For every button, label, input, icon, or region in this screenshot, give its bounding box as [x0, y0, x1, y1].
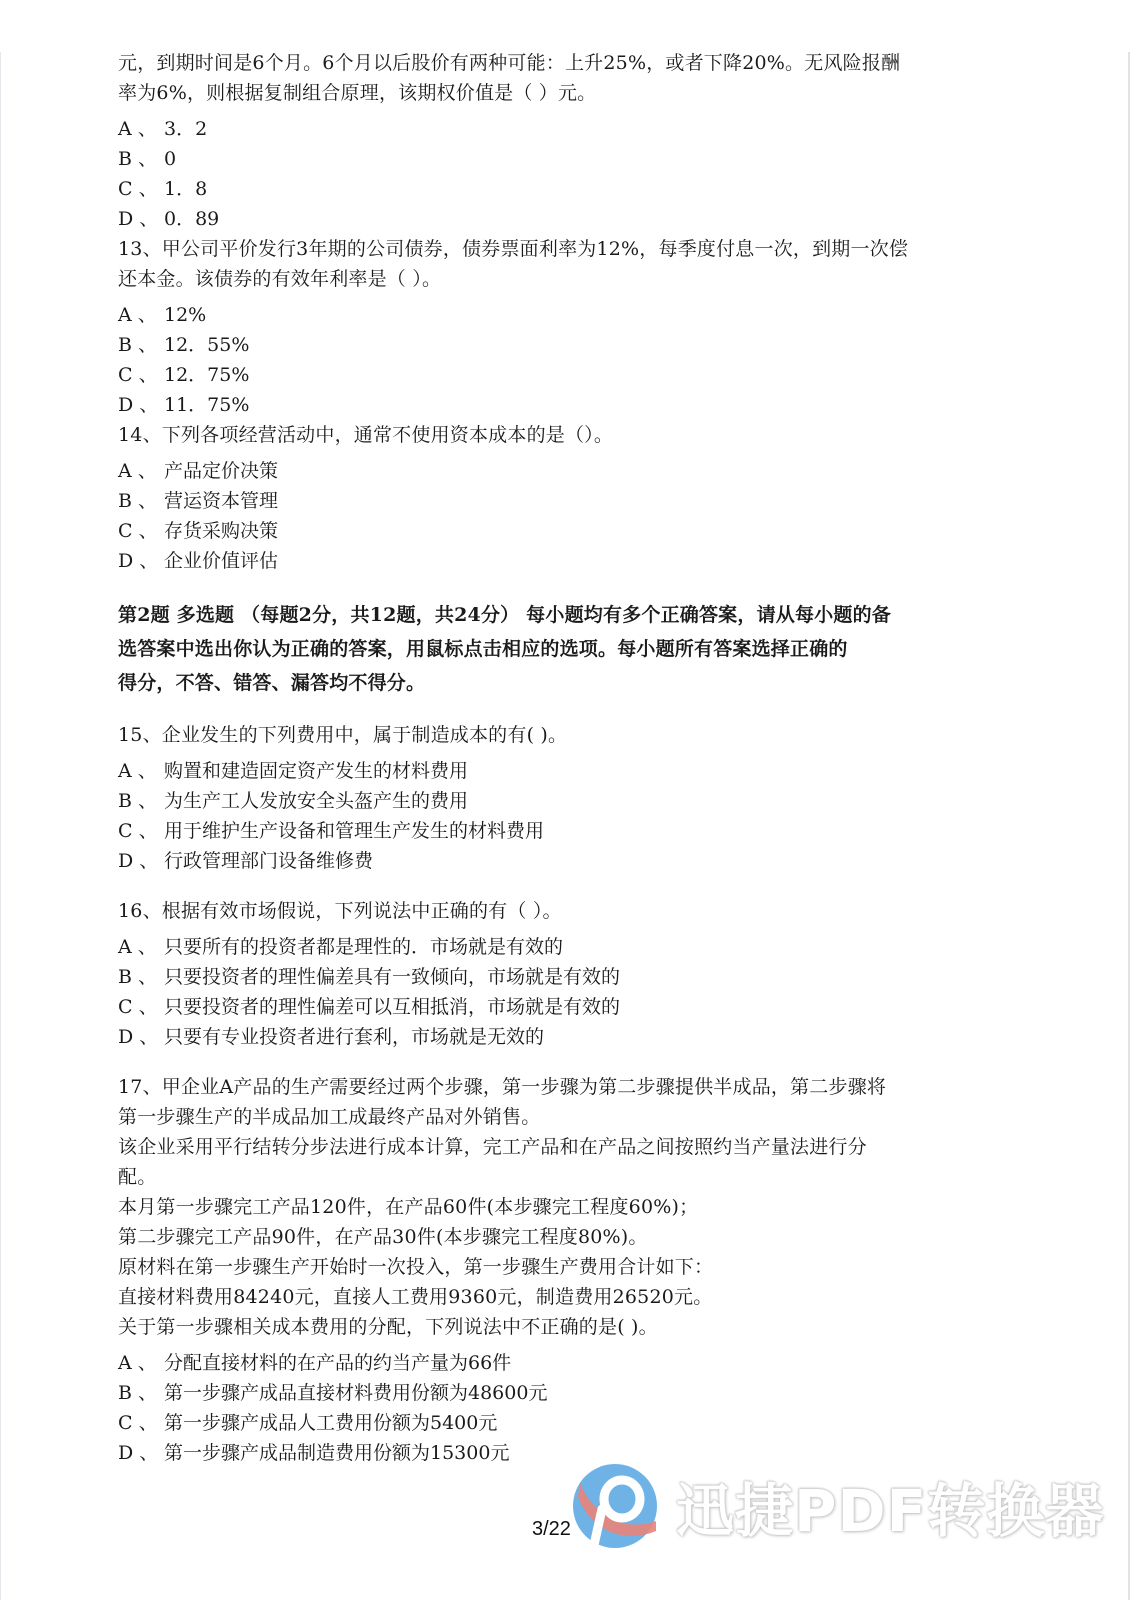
option-letter: C 、 — [118, 1408, 164, 1438]
option-d[interactable]: D 、企业价值评估 — [118, 546, 998, 576]
stem-line: 元，到期时间是6个月。6个月以后股价有两种可能：上升25%，或者下降20%。无风… — [118, 48, 998, 78]
option-d[interactable]: D 、0．89 — [118, 204, 998, 234]
option-letter: D 、 — [118, 846, 164, 876]
stem-line: 15、企业发生的下列费用中，属于制造成本的有( )。 — [118, 720, 998, 750]
option-b[interactable]: B 、0 — [118, 144, 998, 174]
option-text: 12．75% — [164, 360, 249, 390]
option-letter: C 、 — [118, 360, 164, 390]
page-edge-left — [0, 52, 1, 1600]
option-b[interactable]: B 、只要投资者的理性偏差具有一致倾向，市场就是有效的 — [118, 962, 998, 992]
option-letter: A 、 — [118, 932, 164, 962]
stem-line: 本月第一步骤完工产品120件，在产品60件(本步骤完工程度60%)； — [118, 1192, 998, 1222]
option-text: 第一步骤产成品直接材料费用份额为48600元 — [164, 1378, 547, 1408]
option-a[interactable]: A 、分配直接材料的在产品的约当产量为66件 — [118, 1348, 998, 1378]
option-text: 0．89 — [164, 204, 219, 234]
stem-line: 直接材料费用84240元，直接人工费用9360元，制造费用26520元。 — [118, 1282, 998, 1312]
option-letter: A 、 — [118, 300, 164, 330]
question-13: 13、甲公司平价发行3年期的公司债券，债券票面利率为12%，每季度付息一次，到期… — [118, 234, 998, 420]
question-stem: 13、甲公司平价发行3年期的公司债券，债券票面利率为12%，每季度付息一次，到期… — [118, 234, 998, 294]
question-14: 14、下列各项经营活动中，通常不使用资本成本的是（）。 A 、产品定价决策 B … — [118, 420, 998, 576]
option-c[interactable]: C 、用于维护生产设备和管理生产发生的材料费用 — [118, 816, 998, 846]
stem-line: 原材料在第一步骤生产开始时一次投入，第一步骤生产费用合计如下： — [118, 1252, 998, 1282]
stem-line: 14、下列各项经营活动中，通常不使用资本成本的是（）。 — [118, 420, 998, 450]
section-header-line: 选答案中选出你认为正确的答案，用鼠标点击相应的选项。每小题所有答案选择正确的 — [118, 632, 998, 666]
stem-line: 第一步骤生产的半成品加工成最终产品对外销售。 — [118, 1102, 998, 1132]
option-letter: B 、 — [118, 1378, 164, 1408]
option-text: 只要投资者的理性偏差具有一致倾向，市场就是有效的 — [164, 962, 620, 992]
option-letter: D 、 — [118, 390, 164, 420]
option-text: 用于维护生产设备和管理生产发生的材料费用 — [164, 816, 544, 846]
option-letter: C 、 — [118, 516, 164, 546]
option-c[interactable]: C 、12．75% — [118, 360, 998, 390]
option-d[interactable]: D 、行政管理部门设备维修费 — [118, 846, 998, 876]
page-indicator: 3/22 — [532, 1518, 571, 1541]
document-page: 元，到期时间是6个月。6个月以后股价有两种可能：上升25%，或者下降20%。无风… — [118, 48, 998, 1468]
stem-line: 还本金。该债券的有效年利率是（ ）。 — [118, 264, 998, 294]
option-text: 营运资本管理 — [164, 486, 278, 516]
option-letter: C 、 — [118, 816, 164, 846]
option-c[interactable]: C 、存货采购决策 — [118, 516, 998, 546]
watermark-text: 迅捷PDF转换器 — [676, 1464, 1104, 1548]
question-stem: 15、企业发生的下列费用中，属于制造成本的有( )。 — [118, 720, 998, 750]
section-header-line: 得分，不答、错答、漏答均不得分。 — [118, 666, 998, 700]
option-c[interactable]: C 、第一步骤产成品人工费用份额为5400元 — [118, 1408, 998, 1438]
option-letter: C 、 — [118, 174, 164, 204]
option-text: 产品定价决策 — [164, 456, 278, 486]
stem-line: 该企业采用平行结转分步法进行成本计算，完工产品和在产品之间按照约当产量法进行分 — [118, 1132, 998, 1162]
option-text: 1．8 — [164, 174, 207, 204]
question-12-continued: 元，到期时间是6个月。6个月以后股价有两种可能：上升25%，或者下降20%。无风… — [118, 48, 998, 234]
option-text: 3．2 — [164, 114, 207, 144]
option-c[interactable]: C 、1．8 — [118, 174, 998, 204]
option-letter: C 、 — [118, 992, 164, 1022]
option-letter: A 、 — [118, 1348, 164, 1378]
option-list: A 、购置和建造固定资产发生的材料费用 B 、为生产工人发放安全头盔产生的费用 … — [118, 756, 998, 876]
section-header-line: 第2题 多选题 （每题2分，共12题，共24分） 每小题均有多个正确答案，请从每… — [118, 598, 998, 632]
option-letter: A 、 — [118, 114, 164, 144]
question-stem: 16、根据有效市场假说，下列说法中正确的有（ ）。 — [118, 896, 998, 926]
question-16: 16、根据有效市场假说，下列说法中正确的有（ ）。 A 、只要所有的投资者都是理… — [118, 896, 998, 1052]
section-header-multiple-choice: 第2题 多选题 （每题2分，共12题，共24分） 每小题均有多个正确答案，请从每… — [118, 598, 998, 700]
stem-line: 率为6%，则根据复制组合原理，该期权价值是（ ）元。 — [118, 78, 998, 108]
stem-line: 关于第一步骤相关成本费用的分配，下列说法中不正确的是( )。 — [118, 1312, 998, 1342]
option-text: 11．75% — [164, 390, 249, 420]
option-list: A 、3．2 B 、0 C 、1．8 D 、0．89 — [118, 114, 998, 234]
option-text: 0 — [164, 144, 176, 174]
question-15: 15、企业发生的下列费用中，属于制造成本的有( )。 A 、购置和建造固定资产发… — [118, 720, 998, 876]
option-text: 只要所有的投资者都是理性的．市场就是有效的 — [164, 932, 563, 962]
stem-line: 第二步骤完工产品90件，在产品30件(本步骤完工程度80%)。 — [118, 1222, 998, 1252]
option-c[interactable]: C 、只要投资者的理性偏差可以互相抵消，市场就是有效的 — [118, 992, 998, 1022]
stem-line: 配。 — [118, 1162, 998, 1192]
question-stem: 14、下列各项经营活动中，通常不使用资本成本的是（）。 — [118, 420, 998, 450]
question-stem: 元，到期时间是6个月。6个月以后股价有两种可能：上升25%，或者下降20%。无风… — [118, 48, 998, 108]
option-text: 为生产工人发放安全头盔产生的费用 — [164, 786, 468, 816]
option-text: 行政管理部门设备维修费 — [164, 846, 373, 876]
option-letter: A 、 — [118, 456, 164, 486]
option-text: 只要有专业投资者进行套利，市场就是无效的 — [164, 1022, 544, 1052]
stem-line: 13、甲公司平价发行3年期的公司债券，债券票面利率为12%，每季度付息一次，到期… — [118, 234, 998, 264]
option-b[interactable]: B 、12．55% — [118, 330, 998, 360]
option-text: 第一步骤产成品人工费用份额为5400元 — [164, 1408, 497, 1438]
option-text: 企业价值评估 — [164, 546, 278, 576]
option-list: A 、只要所有的投资者都是理性的．市场就是有效的 B 、只要投资者的理性偏差具有… — [118, 932, 998, 1052]
option-a[interactable]: A 、产品定价决策 — [118, 456, 998, 486]
option-b[interactable]: B 、营运资本管理 — [118, 486, 998, 516]
option-a[interactable]: A 、购置和建造固定资产发生的材料费用 — [118, 756, 998, 786]
option-list: A 、分配直接材料的在产品的约当产量为66件 B 、第一步骤产成品直接材料费用份… — [118, 1348, 998, 1468]
option-letter: B 、 — [118, 962, 164, 992]
option-b[interactable]: B 、第一步骤产成品直接材料费用份额为48600元 — [118, 1378, 998, 1408]
option-letter: B 、 — [118, 486, 164, 516]
question-stem: 17、甲企业A产品的生产需要经过两个步骤，第一步骤为第二步骤提供半成品，第二步骤… — [118, 1072, 998, 1342]
option-a[interactable]: A 、3．2 — [118, 114, 998, 144]
option-letter: B 、 — [118, 330, 164, 360]
watermark: 迅捷PDF转换器 — [572, 1456, 1092, 1556]
option-text: 购置和建造固定资产发生的材料费用 — [164, 756, 468, 786]
option-text: 第一步骤产成品制造费用份额为15300元 — [164, 1438, 509, 1468]
option-letter: D 、 — [118, 546, 164, 576]
option-list: A 、12% B 、12．55% C 、12．75% D 、11．75% — [118, 300, 998, 420]
option-letter: D 、 — [118, 1438, 164, 1468]
option-d[interactable]: D 、11．75% — [118, 390, 998, 420]
option-b[interactable]: B 、为生产工人发放安全头盔产生的费用 — [118, 786, 998, 816]
option-text: 12．55% — [164, 330, 249, 360]
option-text: 只要投资者的理性偏差可以互相抵消，市场就是有效的 — [164, 992, 620, 1022]
option-letter: D 、 — [118, 1022, 164, 1052]
option-text: 分配直接材料的在产品的约当产量为66件 — [164, 1348, 511, 1378]
xunjie-pdf-logo-icon — [572, 1463, 658, 1549]
option-list: A 、产品定价决策 B 、营运资本管理 C 、存货采购决策 D 、企业价值评估 — [118, 456, 998, 576]
option-a[interactable]: A 、只要所有的投资者都是理性的．市场就是有效的 — [118, 932, 998, 962]
option-letter: D 、 — [118, 204, 164, 234]
option-text: 存货采购决策 — [164, 516, 278, 546]
option-letter: B 、 — [118, 144, 164, 174]
option-a[interactable]: A 、12% — [118, 300, 998, 330]
stem-line: 16、根据有效市场假说，下列说法中正确的有（ ）。 — [118, 896, 998, 926]
question-17: 17、甲企业A产品的生产需要经过两个步骤，第一步骤为第二步骤提供半成品，第二步骤… — [118, 1072, 998, 1468]
option-text: 12% — [164, 300, 206, 330]
stem-line: 17、甲企业A产品的生产需要经过两个步骤，第一步骤为第二步骤提供半成品，第二步骤… — [118, 1072, 998, 1102]
option-d[interactable]: D 、只要有专业投资者进行套利，市场就是无效的 — [118, 1022, 998, 1052]
option-letter: B 、 — [118, 786, 164, 816]
option-letter: A 、 — [118, 756, 164, 786]
